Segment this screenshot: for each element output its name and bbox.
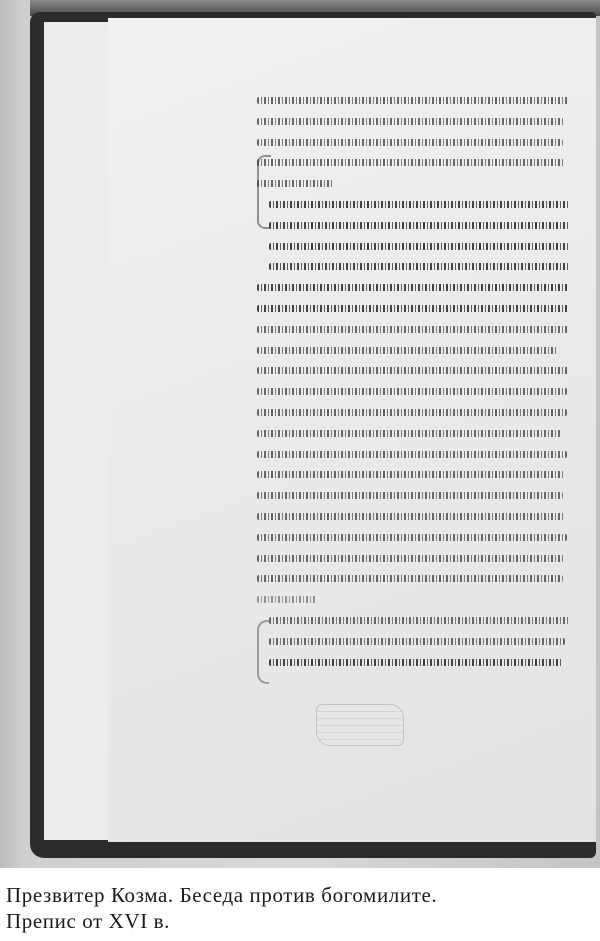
manuscript-line — [257, 90, 577, 111]
manuscript-line — [257, 464, 577, 485]
manuscript-line — [257, 402, 577, 423]
manuscript-line — [257, 631, 577, 652]
manuscript-line — [257, 506, 577, 527]
manuscript-line — [257, 277, 577, 298]
manuscript-line — [257, 319, 577, 340]
manuscript-line — [257, 381, 577, 402]
figure-caption: Презвитер Козма. Беседа против богомилит… — [6, 882, 596, 934]
manuscript-line — [257, 485, 577, 506]
manuscript-line — [257, 132, 577, 153]
manuscript-line — [257, 589, 577, 610]
manuscript-photo — [0, 0, 600, 868]
manuscript-line — [257, 298, 577, 319]
manuscript-line — [257, 152, 577, 173]
manuscript-line — [257, 548, 577, 569]
manuscript-line — [257, 194, 577, 215]
manuscript-line — [257, 111, 577, 132]
manuscript-text-block — [257, 90, 577, 690]
manuscript-line — [257, 256, 577, 277]
manuscript-line — [257, 444, 577, 465]
manuscript-line — [257, 527, 577, 548]
manuscript-line — [257, 215, 577, 236]
manuscript-line — [257, 610, 577, 631]
caption-line-2: Препис от XVI в. — [6, 908, 596, 934]
manuscript-line — [257, 360, 577, 381]
manuscript-line — [257, 423, 577, 444]
manuscript-line — [257, 173, 577, 194]
caption-line-1: Презвитер Козма. Беседа против богомилит… — [6, 882, 596, 908]
manuscript-line — [257, 340, 577, 361]
library-stamp — [316, 704, 404, 746]
manuscript-line — [257, 652, 577, 673]
manuscript-line — [257, 236, 577, 257]
manuscript-line — [257, 568, 577, 589]
